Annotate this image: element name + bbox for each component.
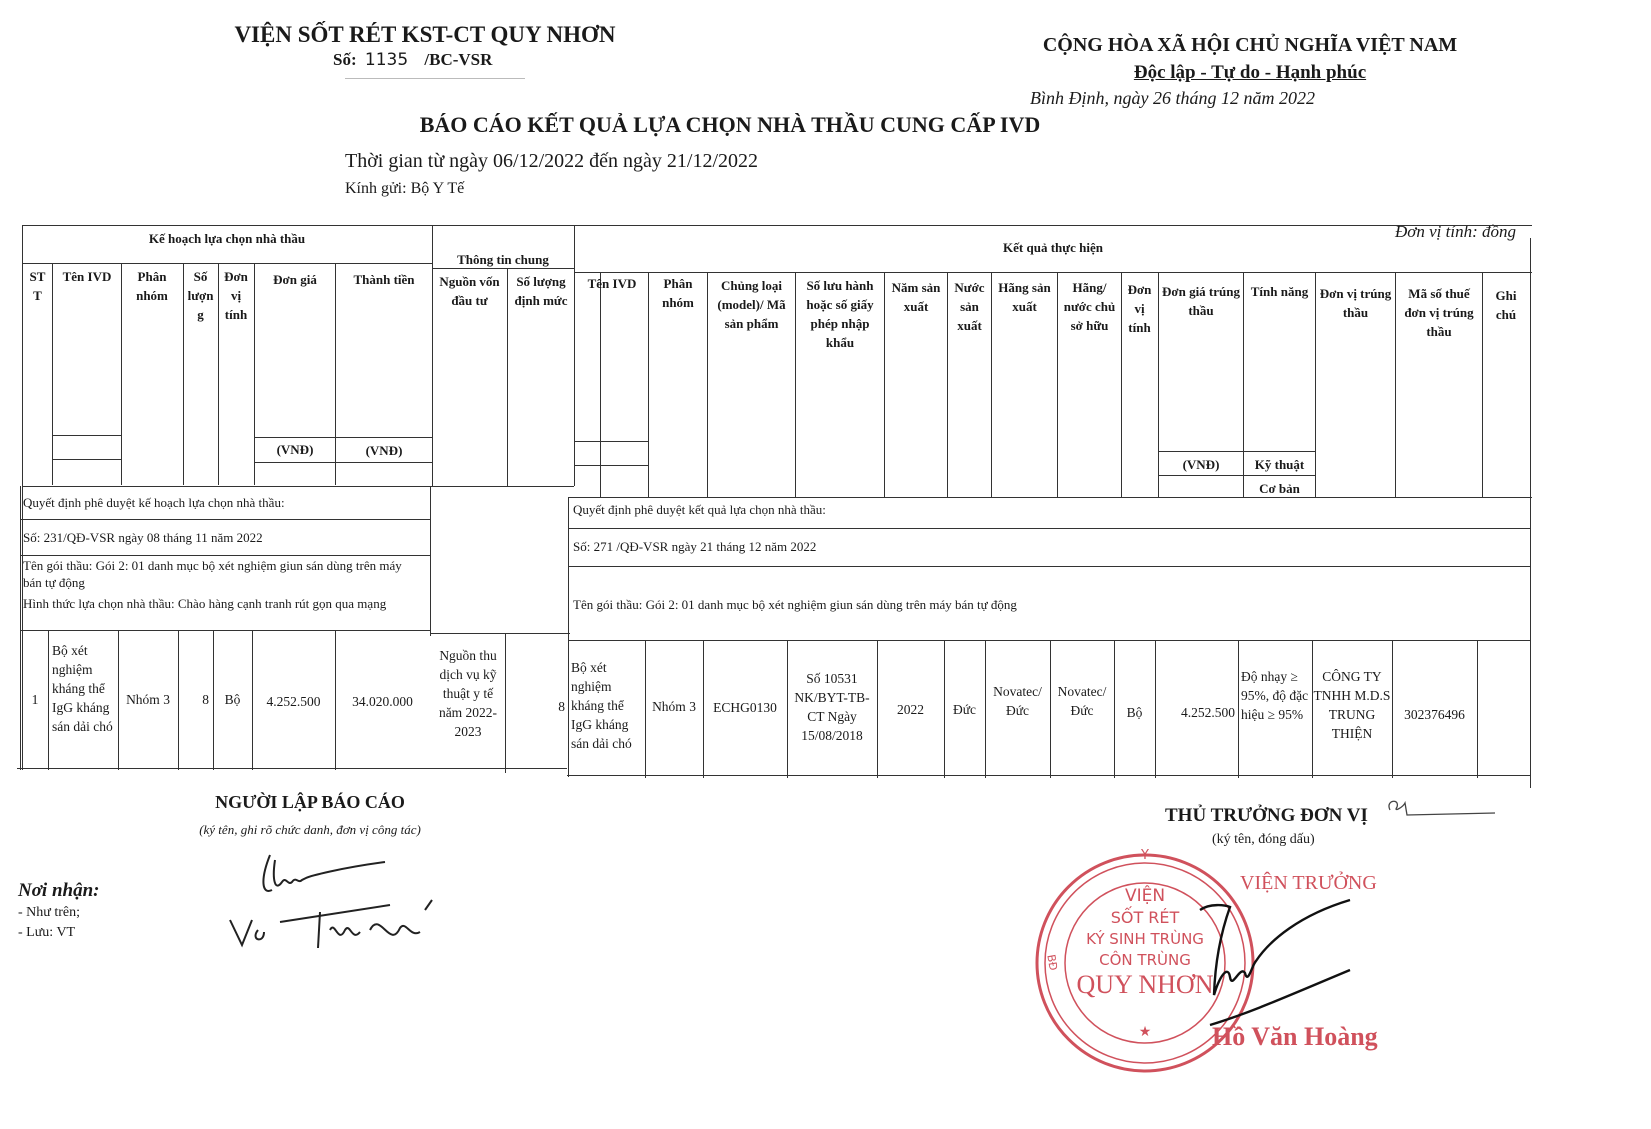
row-stt: 1	[22, 690, 48, 709]
col-quota: Số lượng định mức	[509, 272, 573, 310]
result-package-name: Tên gói thầu: Gói 2: 01 danh mục bộ xét …	[573, 595, 1017, 614]
col-country: Nước sản xuất	[949, 278, 990, 335]
report-period: Thời gian từ ngày 06/12/2022 đến ngày 21…	[345, 150, 758, 173]
row-result-name: Bộ xét nghiệm kháng thể IgG kháng sán dả…	[571, 658, 644, 753]
row-tax-code: 302376496	[1392, 705, 1477, 724]
row-quota-qty: 8	[507, 697, 565, 716]
row-plan-total: 34.020.000	[335, 692, 430, 711]
col-owner: Hãng/ nước chủ sở hữu	[1059, 278, 1120, 335]
row-owner: Novatec/ Đức	[1050, 682, 1114, 720]
plan-package-name: Tên gói thầu: Gói 2: 01 danh mục bộ xét …	[23, 557, 418, 591]
head-title: THỦ TRƯỞNG ĐƠN VỊ	[1165, 805, 1368, 827]
col-funding: Nguồn vốn đầu tư	[433, 272, 506, 310]
col-plan-group: Phân nhóm	[123, 267, 181, 305]
col-model: Chủng loại (model)/ Mã sản phẩm	[709, 276, 794, 333]
group-result-header: Kết quả thực hiện	[574, 238, 1532, 257]
col-winner: Đơn vị trúng thầu	[1317, 284, 1394, 322]
col-stt: ST T	[24, 267, 51, 305]
head-signature-icon	[1190, 895, 1410, 1035]
col-result-group: Phân nhóm	[650, 274, 706, 312]
col-unit: Đơn vị tính	[1122, 280, 1157, 337]
row-country: Đức	[944, 700, 985, 719]
group-plan-header: Kế hoạch lựa chọn nhà thầu	[22, 229, 432, 248]
row-plan-unit-price: 4.252.500	[252, 692, 335, 711]
col-plan-unit-price: Đơn giá	[256, 270, 334, 289]
org-name: VIỆN SỐT RÉT KST-CT QUY NHƠN	[200, 22, 650, 48]
doc-suffix: /BC-VSR	[424, 50, 492, 69]
row-plan-group: Nhóm 3	[118, 690, 178, 709]
row-plan-qty: 8	[178, 690, 209, 709]
row-year: 2022	[877, 700, 944, 719]
plan-total-currency: (VNĐ)	[337, 441, 431, 460]
head-position: VIỆN TRƯỞNG	[1240, 872, 1377, 895]
plan-decision-number: Số: 231/QĐ-VSR ngày 08 tháng 11 năm 2022	[23, 528, 263, 547]
row-manufacturer: Novatec/ Đức	[985, 682, 1050, 720]
preparer-note: (ký tên, ghi rõ chức danh, đơn vị công t…	[150, 822, 470, 838]
doc-number: 1135	[365, 50, 408, 70]
row-winner: CÔNG TY TNHH M.D.S TRUNG THIỆN	[1312, 667, 1392, 743]
row-plan-name: Bộ xét nghiệm kháng thể IgG kháng sán dả…	[52, 641, 118, 736]
col-winning-price: Đơn giá trúng thầu	[1160, 282, 1242, 320]
stamp-top-letter: Y	[1030, 848, 1260, 863]
col-result-name: Tên IVD	[576, 274, 648, 293]
col-note: Ghi chú	[1484, 286, 1528, 324]
row-winning-price: 4.252.500	[1155, 703, 1235, 722]
row-features: Độ nhạy ≥ 95%, độ đặc hiệu ≥ 95%	[1241, 667, 1311, 724]
doc-number-line: Số: 1135 /BC-VSR	[333, 50, 492, 70]
plan-decision-label: Quyết định phê duyệt kế hoạch lựa chọn n…	[23, 493, 285, 512]
result-decision-number: Số: 271 /QĐ-VSR ngày 21 tháng 12 năm 202…	[573, 537, 816, 556]
report-title: BÁO CÁO KẾT QUẢ LỰA CHỌN NHÀ THẦU CUNG C…	[330, 112, 1130, 138]
features-sub-technical: Kỹ thuật	[1245, 455, 1314, 474]
col-year: Năm sản xuất	[886, 278, 946, 316]
col-manufacturer: Hãng sản xuất	[993, 278, 1056, 316]
col-license: Số lưu hành hoặc số giấy phép nhập khẩu	[797, 276, 883, 352]
plan-unit-price-currency: (VNĐ)	[256, 440, 334, 459]
plan-selection-method: Hình thức lựa chọn nhà thầu: Chào hàng c…	[23, 595, 418, 612]
head-note: (ký tên, đóng dấu)	[1212, 832, 1315, 848]
recipients-title: Nơi nhận:	[18, 880, 99, 902]
stamp-side-label: BĐ	[1044, 953, 1060, 971]
row-result-group: Nhóm 3	[645, 697, 703, 716]
row-license: Số 10531 NK/BYT-TB-CT Ngày 15/08/2018	[787, 669, 877, 745]
nation-title: CỘNG HÒA XÃ HỘI CHỦ NGHĨA VIỆT NAM	[1010, 34, 1490, 57]
group-general-header: Thông tin chung	[432, 250, 574, 269]
preparer-signature-icon	[220, 850, 460, 960]
col-tax-code: Mã số thuế đơn vị trúng thầu	[1397, 284, 1481, 341]
doc-number-label: Số:	[333, 50, 357, 69]
recipient-item: - Như trên;	[18, 905, 80, 921]
recipient-item: - Lưu: VT	[18, 925, 75, 941]
initials-mark-icon	[1385, 795, 1505, 825]
row-plan-unit: Bộ	[213, 690, 252, 709]
winning-price-currency: (VNĐ)	[1160, 455, 1242, 474]
row-funding: Nguồn thu dịch vụ kỹ thuật y tế năm 2022…	[432, 646, 504, 741]
row-model: ECHG0130	[703, 698, 787, 717]
features-sub-basic: Cơ bản	[1245, 479, 1314, 498]
row-unit: Bộ	[1114, 703, 1155, 722]
place-date: Bình Định, ngày 26 tháng 12 năm 2022	[1030, 88, 1315, 109]
result-decision-label: Quyết định phê duyệt kết quả lựa chọn nh…	[573, 500, 826, 519]
col-plan-name: Tên IVD	[54, 267, 120, 286]
motto: Độc lập - Tự do - Hạnh phúc	[1010, 62, 1490, 84]
preparer-title: NGƯỜI LẬP BÁO CÁO	[150, 792, 470, 813]
col-plan-total: Thành tiền	[337, 270, 431, 289]
recipient: Kính gửi: Bộ Y Tế	[345, 180, 464, 198]
col-plan-qty: Số lượn g	[184, 267, 217, 324]
col-plan-unit: Đơn vị tính	[219, 267, 253, 324]
col-features: Tính năng	[1245, 282, 1314, 301]
head-name: Hồ Văn Hoàng	[1212, 1022, 1378, 1052]
header-underline	[345, 78, 525, 79]
